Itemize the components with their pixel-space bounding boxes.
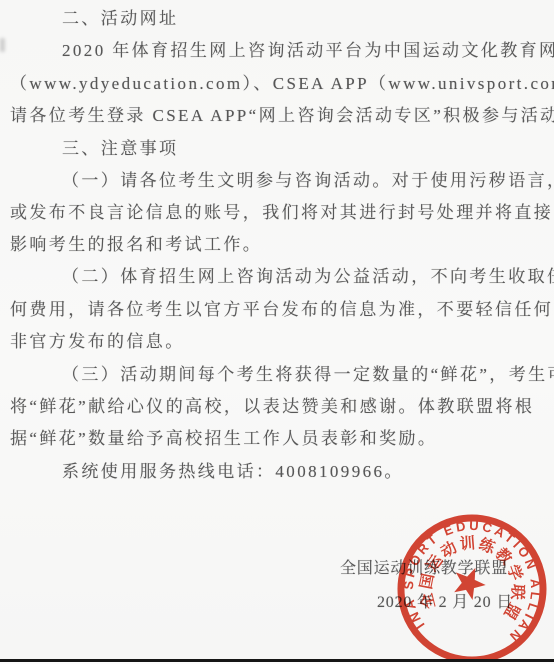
document-line: （一）请各位考生文明参与咨询活动。对于使用污秽语言，: [10, 170, 554, 192]
star-icon: [448, 562, 490, 603]
section-heading-2: 二、活动网址: [10, 8, 554, 30]
document-line: 非官方发布的信息。: [10, 331, 544, 353]
scanned-document-page: 二、活动网址 2020 年体育招生网上咨询活动平台为中国运动文化教育网 （www…: [0, 0, 554, 664]
section-heading-3: 三、注意事项: [10, 138, 554, 160]
document-line: 将“鲜花”献给心仪的高校，以表达赞美和感谢。体教联盟将根: [10, 396, 544, 418]
official-seal-svg: CHINA SPORT EDUCATION ALLIANCE 全国运动训练教学联…: [392, 509, 552, 664]
document-line: 2020 年体育招生网上咨询活动平台为中国运动文化教育网: [10, 40, 554, 62]
document-line-urls: （www.ydyeducation.com）、CSEA APP（www.univ…: [10, 73, 544, 95]
document-line: 请各位考生登录 CSEA APP“网上咨询会活动专区”积极参与活动。: [10, 105, 544, 127]
document-line: 影响考生的报名和考试工作。: [10, 234, 544, 256]
document-line: （二）体育招生网上咨询活动为公益活动，不向考生收取任: [10, 266, 554, 288]
document-line: 何费用，请各位考生以官方平台发布的信息为准，不要轻信任何: [10, 299, 544, 321]
document-line: 据“鲜花”数量给予高校招生工作人员表彰和奖励。: [10, 428, 544, 450]
official-seal: CHINA SPORT EDUCATION ALLIANCE 全国运动训练教学联…: [392, 509, 552, 664]
document-line: （三）活动期间每个考生将获得一定数量的“鲜花”，考生可: [10, 364, 554, 386]
scan-artifact-smudge: [0, 38, 5, 52]
hotline-line: 系统使用服务热线电话：4008109966。: [10, 461, 554, 483]
document-line: 或发布不良言论信息的账号，我们将对其进行封号处理并将直接: [10, 202, 544, 224]
